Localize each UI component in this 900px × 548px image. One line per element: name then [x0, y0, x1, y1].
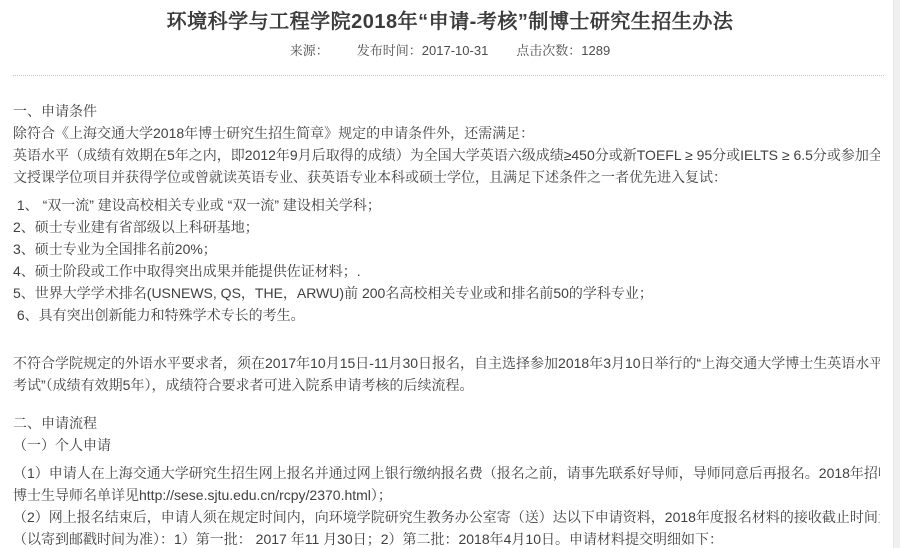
list-item-5: 5、世界大学学术排名(USNEWS, QS，THE，ARWU)前 200名高校相… — [13, 282, 880, 304]
section-heading-application-conditions: 一、申请条件 — [13, 100, 880, 122]
text-line: 英语水平（成绩有效期在5年之内，即2012年9月后取得的成绩）为全国大学英语六级… — [13, 144, 880, 166]
list-item-3: 3、硕士专业为全国排名前20%； — [13, 238, 880, 260]
text-line: （以寄到邮戳时间为准）：1）第一批： 2017 年11 月30日；2）第二批：2… — [13, 528, 880, 548]
text-line: 文授课学位项目并获得学位或曾就读英语专业、获英语专业本科或硕士学位，且满足下述条… — [13, 166, 880, 188]
article-header: 环境科学与工程学院2018年“申请-考核”制博士研究生招生办法 来源： 发布时间… — [0, 0, 900, 60]
list-item-2: 2、硕士专业建有省部级以上科研基地； — [13, 216, 880, 238]
page-title: 环境科学与工程学院2018年“申请-考核”制博士研究生招生办法 — [0, 10, 900, 34]
text-line: 除符合《上海交通大学2018年博士研究生招生简章》规定的申请条件外，还需满足： — [13, 122, 880, 144]
list-item-1: 1、 “双一流” 建设高校相关专业或 “双一流” 建设相关学科； — [13, 194, 880, 216]
text-line: （2）网上报名结束后，申请人须在规定时间内，向环境学院研究生教务办公室寄（送）达… — [13, 506, 880, 528]
article-meta: 来源： 发布时间：2017-10-31 点击次数：1289 — [0, 42, 900, 60]
list-item-4: 4、硕士阶段或工作中取得突出成果并能提供佐证材料；. — [13, 260, 880, 282]
meta-publish-date: 发布时间：2017-10-31 — [357, 42, 489, 60]
text-line: （1）申请人在上海交通大学研究生招生网上报名并通过网上银行缴纳报名费（报名之前，… — [13, 462, 880, 484]
dotted-separator — [13, 75, 884, 76]
list-item-6: 6、具有突出创新能力和特殊学术专长的考生。 — [13, 304, 880, 326]
meta-hit-count: 点击次数：1289 — [516, 42, 610, 60]
article-body: 一、申请条件 除符合《上海交通大学2018年博士研究生招生简章》规定的申请条件外… — [0, 100, 900, 548]
article-page: 环境科学与工程学院2018年“申请-考核”制博士研究生招生办法 来源： 发布时间… — [0, 0, 900, 548]
scrollbar-track[interactable] — [893, 0, 900, 548]
text-line-with-url: 博士生导师名单详见http://sese.sjtu.edu.cn/rcpy/23… — [13, 484, 880, 506]
meta-source: 来源： — [290, 42, 329, 60]
text-line: 考试”（成绩有效期5年），成绩符合要求者可进入院系申请考核的后续流程。 — [13, 374, 880, 396]
subsection-heading-personal-application: （一）个人申请 — [13, 434, 880, 456]
text-line: 不符合学院规定的外语水平要求者，须在2017年10月15日-11月30日报名，自… — [13, 352, 880, 374]
section-heading-application-process: 二、申请流程 — [13, 412, 880, 434]
